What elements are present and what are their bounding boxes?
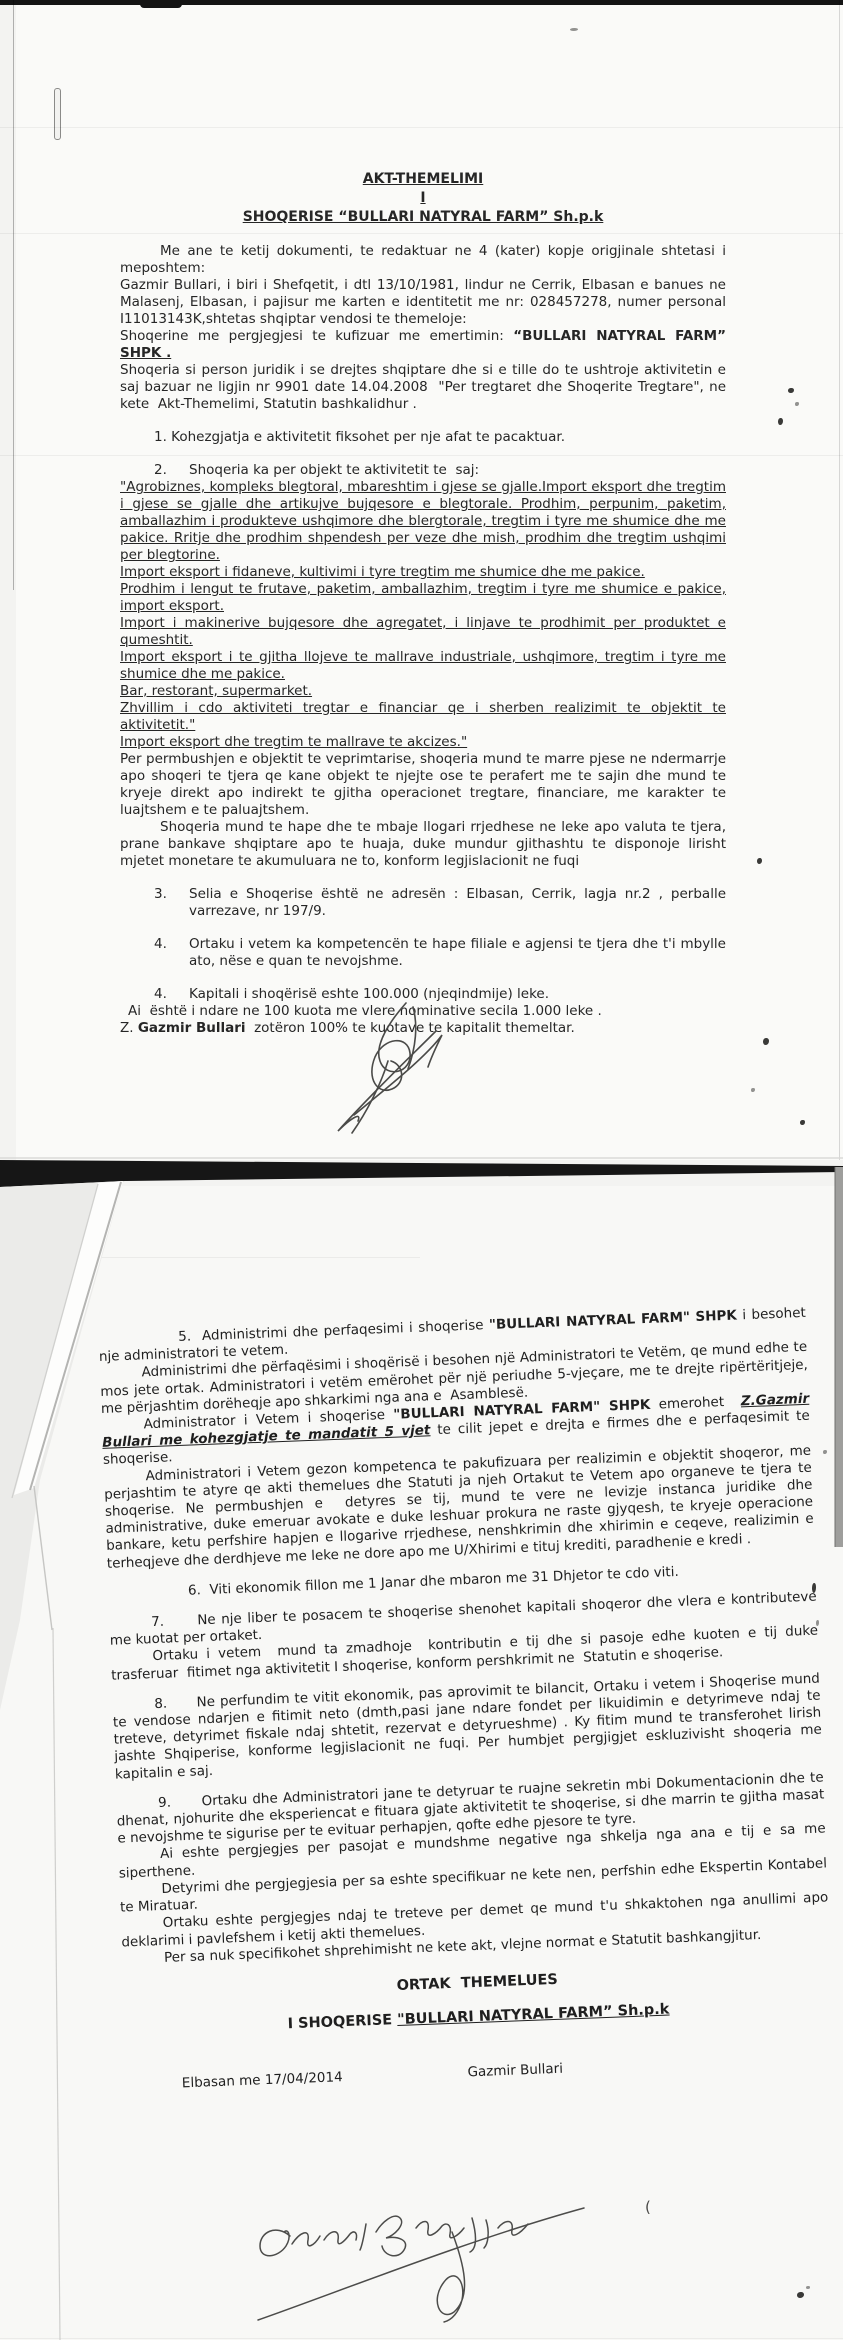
- clause-2-number: 2.: [154, 462, 189, 479]
- title-line-2: I: [120, 189, 726, 208]
- page1-text-column: AKT-THEMELIMI I SHOQERISE “BULLARI NATYR…: [120, 170, 726, 1037]
- signatory-printed-name: Gazmir Bullari: [467, 2061, 563, 2082]
- scan-top-edge-nub: [140, 0, 182, 8]
- clause-4a-number: 4.: [154, 936, 189, 970]
- stray-pen-mark: (: [645, 2198, 651, 2216]
- clause-2-text: Shoqeria ka per objekt te aktivitetit te…: [189, 462, 726, 479]
- intro-paragraph-2: Gazmir Bullari, i biri i Shefqetit, i dt…: [120, 277, 726, 328]
- intro-paragraph-1: Me ane te ketij dokumenti, te redaktuar …: [120, 243, 726, 277]
- clause-8: 8. Ne perfundim te vitit ekonomik, pas a…: [112, 1670, 823, 1783]
- company-name-bold: “BULLARI NATYRAL FARM”: [513, 328, 726, 344]
- clause-3: 3. Selia e Shoqerise është ne adresën : …: [120, 886, 726, 920]
- staple-mark: [54, 88, 61, 140]
- activity-object-line: Bar, restorant, supermarket.: [120, 683, 726, 700]
- scan-right-hairline: [839, 0, 840, 1160]
- intro-paragraph-3: Shoqerine me pergjegjesi te kufizuar me …: [120, 328, 726, 362]
- signature-page1: [318, 995, 488, 1145]
- title-line-1: AKT-THEMELIMI: [120, 170, 726, 189]
- page2-text-column: 5. Administrimi dhe perfaqesimi i shoqer…: [98, 1305, 835, 2095]
- clause-1: 1. Kohezgjatja e aktivitetit fiksohet pe…: [154, 429, 726, 446]
- activity-object-line: Import eksport i fidaneve, kultivimi i t…: [120, 564, 726, 581]
- closing-sub-prefix: I SHOQERISE: [287, 2012, 397, 2032]
- clause-3-number: 3.: [154, 886, 189, 920]
- administrator-text-mid: emerohet: [650, 1393, 741, 1412]
- intro-3-text: Shoqerine me pergjegjesi te kufizuar me …: [120, 328, 513, 344]
- clause-4a: 4. Ortaku i vetem ka kompetencën te hape…: [120, 936, 726, 970]
- closing-company-underlined: "BULLARI NATYRAL FARM” Sh.p.k: [397, 2002, 670, 2028]
- document-title: AKT-THEMELIMI I SHOQERISE “BULLARI NATYR…: [120, 170, 726, 227]
- scan-top-edge: [0, 0, 843, 5]
- activity-object-line: Import i makinerive bujqesore dhe agrega…: [120, 615, 726, 649]
- clause-4b-number: 4.: [154, 986, 189, 1003]
- intro-paragraph-4: Shoqeria si person juridik i se drejtes …: [120, 362, 726, 413]
- after-objects-paragraph-1: Per permbushjen e objektit te veprimtari…: [120, 751, 726, 819]
- company-shpk-bold: SHPK: [695, 1307, 737, 1325]
- signature-page2: [248, 2188, 593, 2333]
- owner-prefix: Z.: [120, 1020, 138, 1036]
- scan-left-hairline: [13, 0, 14, 590]
- after-objects-paragraph-2: Shoqeria mund te hape dhe te mbaje lloga…: [120, 819, 726, 870]
- activity-object-line: Import eksport i te gjitha llojeve te ma…: [120, 649, 726, 683]
- activity-object-line: Prodhim i lengut te frutave, paketim, am…: [120, 581, 726, 615]
- company-shpk-bold: SHPK .: [120, 345, 171, 361]
- clause-4a-text: Ortaku i vetem ka kompetencën te hape fi…: [189, 936, 726, 970]
- clause-2: 2. Shoqeria ka per objekt te aktivitetit…: [120, 462, 726, 479]
- clause-3-text: Selia e Shoqerise është ne adresën : Elb…: [189, 886, 726, 920]
- closing-subheading: I SHOQERISE "BULLARI NATYRAL FARM” Sh.p.…: [125, 1995, 833, 2039]
- activity-object-main: "Agrobiznes, kompleks blegtoral, mbaresh…: [120, 479, 726, 564]
- activity-object-line: Zhvillim i cdo aktiviteti tregtar e fina…: [120, 700, 726, 734]
- activity-object-line: Import eksport dhe tregtim te mallrave t…: [120, 734, 726, 751]
- title-line-3: SHOQERISE “BULLARI NATYRAL FARM” Sh.p.k: [120, 208, 726, 227]
- owner-name-bold: Gazmir Bullari: [138, 1020, 246, 1036]
- scan-streak: [0, 127, 843, 128]
